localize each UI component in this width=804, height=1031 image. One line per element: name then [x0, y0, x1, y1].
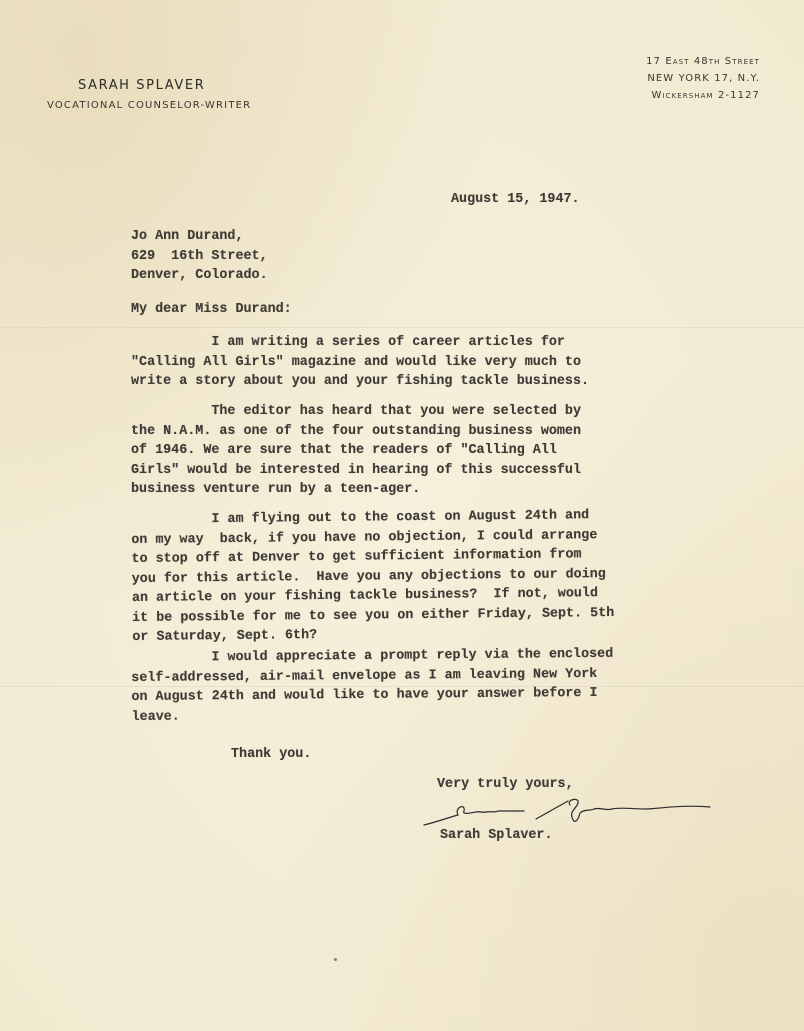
closing: Very truly yours, — [437, 775, 574, 795]
salutation: My dear Miss Durand: — [131, 300, 292, 320]
paragraph-1: I am writing a series of career articles… — [131, 333, 589, 392]
letterhead-address: 17 East 48th Street NEW YORK 17, N.Y. Wi… — [646, 53, 760, 104]
address-phone: Wickersham 2-1127 — [646, 87, 760, 104]
paragraph-line: I am writing a series of career articles… — [131, 333, 589, 353]
paper-speck — [334, 958, 337, 961]
paragraph-2: The editor has heard that you were selec… — [131, 402, 581, 500]
letterhead-title: VOCATIONAL COUNSELOR-WRITER — [47, 100, 251, 111]
paragraph-line: write a story about you and your fishing… — [131, 372, 589, 392]
paper-fold-line — [0, 327, 804, 329]
address-street: 17 East 48th Street — [646, 53, 760, 70]
recipient-address: Jo Ann Durand,629 16th Street,Denver, Co… — [131, 227, 268, 286]
letter-date: August 15, 1947. — [451, 190, 580, 210]
paragraph-line: Girls" would be interested in hearing of… — [131, 461, 581, 481]
letterhead-name: SARAH SPLAVER — [78, 78, 205, 93]
letter-page: SARAH SPLAVER VOCATIONAL COUNSELOR-WRITE… — [0, 0, 804, 1031]
paragraph-line: of 1946. We are sure that the readers of… — [131, 441, 581, 461]
paragraph-line: the N.A.M. as one of the four outstandin… — [131, 422, 581, 442]
paragraph-line: "Calling All Girls" magazine and would l… — [131, 353, 589, 373]
recipient-line: Denver, Colorado. — [131, 266, 268, 286]
paragraph-line: business venture run by a teen-ager. — [131, 480, 581, 500]
recipient-line: Jo Ann Durand, — [131, 227, 268, 247]
address-city: NEW YORK 17, N.Y. — [646, 70, 760, 87]
typed-signature-name: Sarah Splaver. — [440, 826, 553, 846]
paragraph-4: I would appreciate a prompt reply via th… — [131, 645, 614, 727]
paragraph-line: The editor has heard that you were selec… — [131, 402, 581, 422]
paragraph-3: I am flying out to the coast on August 2… — [131, 506, 615, 648]
recipient-line: 629 16th Street, — [131, 247, 268, 267]
thank-you-line: Thank you. — [231, 745, 311, 765]
paragraph-line: or Saturday, Sept. 6th? — [132, 623, 614, 648]
